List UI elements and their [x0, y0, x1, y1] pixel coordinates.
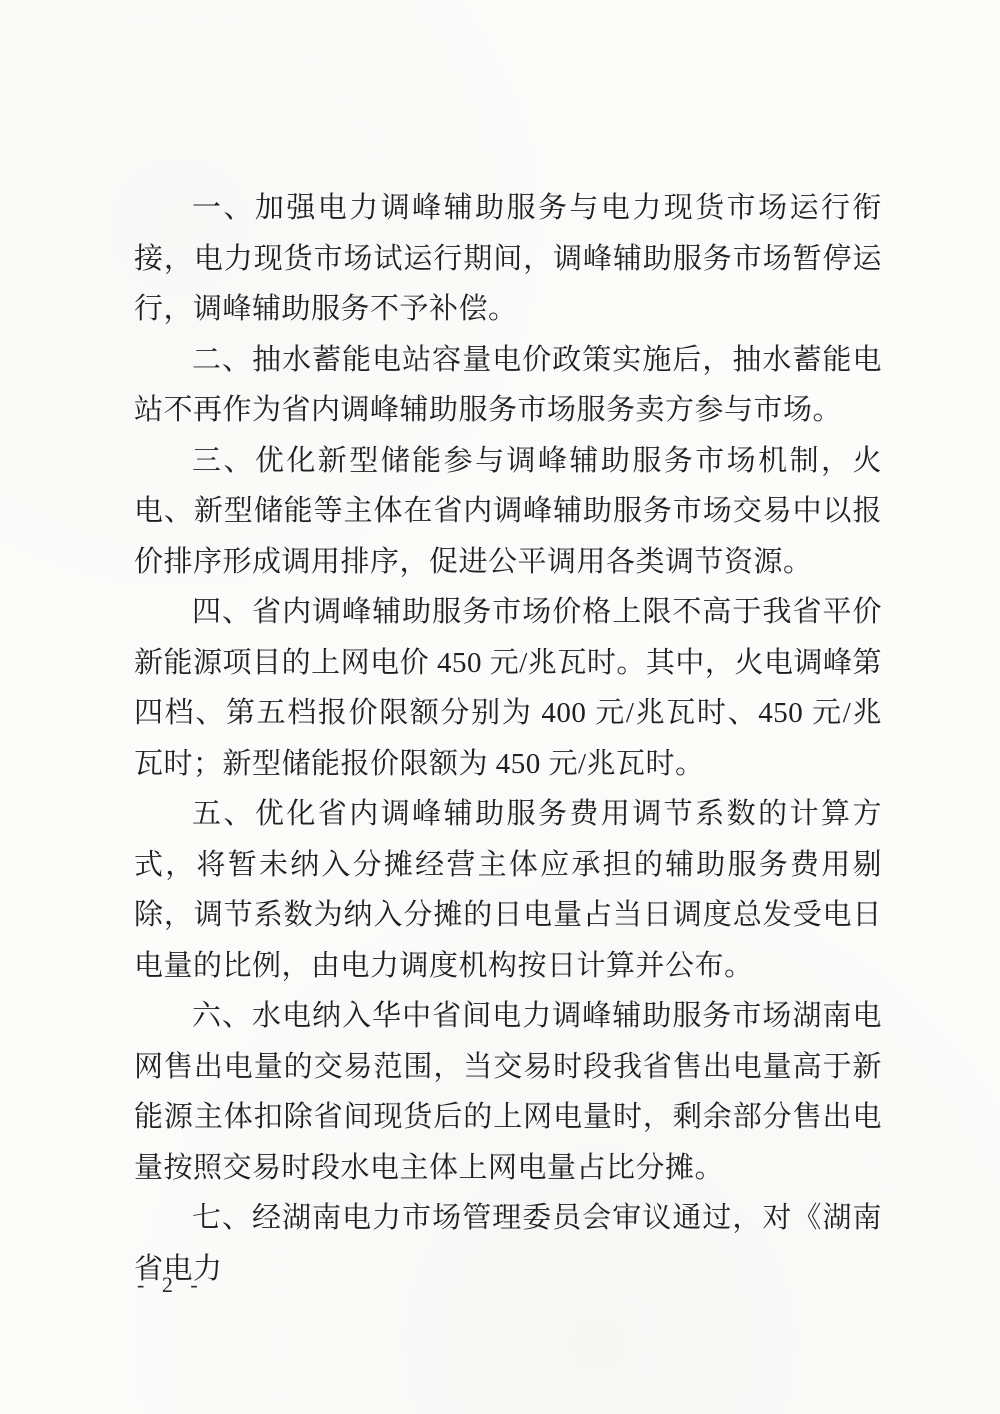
page-number: - 2 -	[137, 1272, 204, 1298]
paragraph-item-7: 七、经湖南电力市场管理委员会审议通过，对《湖南省电力	[134, 1193, 882, 1294]
paragraph-item-4: 四、省内调峰辅助服务市场价格上限不高于我省平价新能源项目的上网电价 450 元/…	[134, 587, 882, 789]
paragraph-item-1: 一、加强电力调峰辅助服务与电力现货市场运行衔接，电力现货市场试运行期间，调峰辅助…	[134, 183, 882, 335]
paragraph-item-3: 三、优化新型储能参与调峰辅助服务市场机制，火电、新型储能等主体在省内调峰辅助服务…	[134, 436, 882, 588]
document-body: 一、加强电力调峰辅助服务与电力现货市场运行衔接，电力现货市场试运行期间，调峰辅助…	[134, 183, 882, 1294]
document-page: 一、加强电力调峰辅助服务与电力现货市场运行衔接，电力现货市场试运行期间，调峰辅助…	[0, 0, 1000, 1414]
paragraph-item-5: 五、优化省内调峰辅助服务费用调节系数的计算方式，将暂未纳入分摊经营主体应承担的辅…	[134, 789, 882, 991]
paragraph-item-2: 二、抽水蓄能电站容量电价政策实施后，抽水蓄能电站不再作为省内调峰辅助服务市场服务…	[134, 335, 882, 436]
paragraph-item-6: 六、水电纳入华中省间电力调峰辅助服务市场湖南电网售出电量的交易范围，当交易时段我…	[134, 991, 882, 1193]
